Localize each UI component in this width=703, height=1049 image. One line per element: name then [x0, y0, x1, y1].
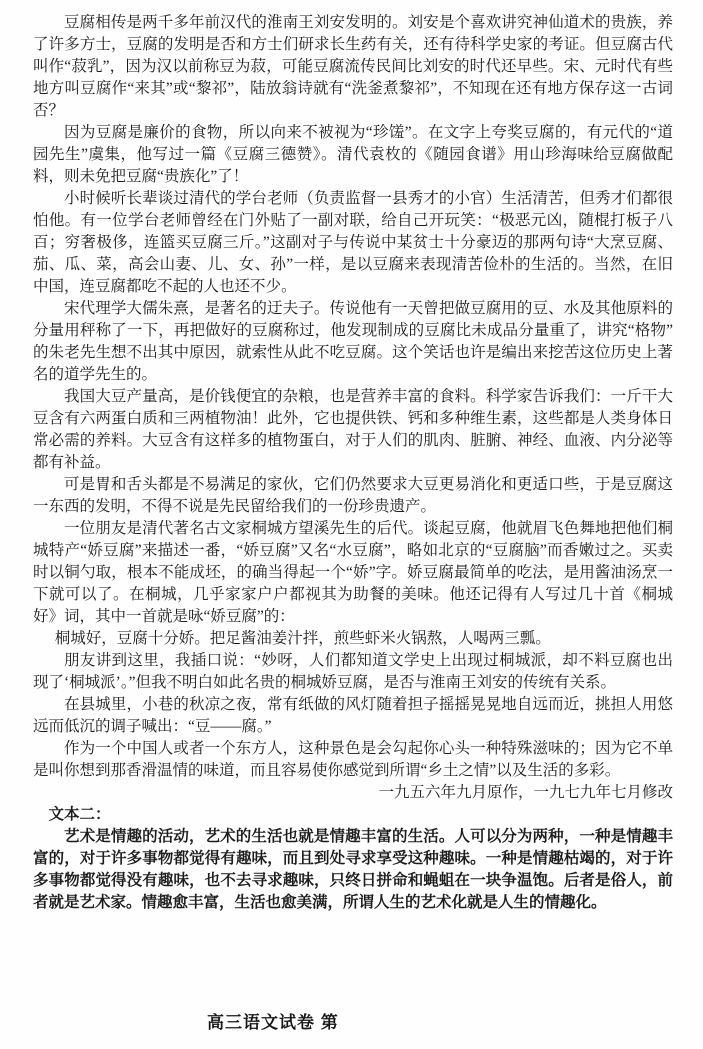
- body-paragraph: 我国大豆产量高，是价钱便宜的杂粮，也是营养丰富的食料。科学家告诉我们：一斤干大豆…: [33, 386, 673, 474]
- section-heading: 文本二：: [33, 804, 673, 826]
- date-line: 一九五六年九月原作，一九七九年七月修改: [33, 782, 673, 804]
- body-paragraph: 因为豆腐是廉价的食物，所以向来不被视为“珍馐”。在文字上夸奖豆腐的，有元代的“道…: [33, 122, 673, 188]
- body-paragraph: 作为一个中国人或者一个东方人，这种景色是会勾起你心头一种特殊滋味的；因为它不单是…: [33, 738, 673, 782]
- body-paragraph: 在县城里，小巷的秋凉之夜，常有纸做的风灯随着担子摇摇晃晃地自远而近，挑担人用悠远…: [33, 694, 673, 738]
- body-paragraph: 小时候听长辈谈过清代的学台老师（负责监督一县秀才的小官）生活清苦，但秀才们都很怕…: [33, 188, 673, 298]
- body-paragraph: 可是胃和舌头都是不易满足的家伙，它们仍然要求大豆更易消化和更适口些，于是豆腐这一…: [33, 474, 673, 518]
- body-paragraph: 艺术是情趣的活动，艺术的生活也就是情趣丰富的生活。人可以分为两种，一种是情趣丰富…: [33, 826, 673, 914]
- passage-content: 豆腐相传是两千多年前汉代的淮南王刘安发明的。刘安是个喜欢讲究神仙道术的贵族，养了…: [33, 12, 673, 914]
- page-footer: 高三语文试卷 第: [207, 1008, 339, 1033]
- body-paragraph: 宋代理学大儒朱熹，是著名的迂夫子。传说他有一天曾把做豆腐用的豆、水及其他原料的分…: [33, 298, 673, 386]
- document-page: 豆腐相传是两千多年前汉代的淮南王刘安发明的。刘安是个喜欢讲究神仙道术的贵族，养了…: [0, 0, 703, 1049]
- verse-line: 桐城好，豆腐十分娇。把足酱油姜汁拌，煎些虾米火锅熬，人喝两三瓢。: [33, 628, 673, 650]
- body-paragraph: 一位朋友是清代著名古文家桐城方望溪先生的后代。谈起豆腐，他就眉飞色舞地把他们桐城…: [33, 518, 673, 628]
- body-paragraph: 朋友讲到这里，我插口说：“妙呀，人们都知道文学史上出现过桐城派，却不料豆腐也出现…: [33, 650, 673, 694]
- body-paragraph: 豆腐相传是两千多年前汉代的淮南王刘安发明的。刘安是个喜欢讲究神仙道术的贵族，养了…: [33, 12, 673, 122]
